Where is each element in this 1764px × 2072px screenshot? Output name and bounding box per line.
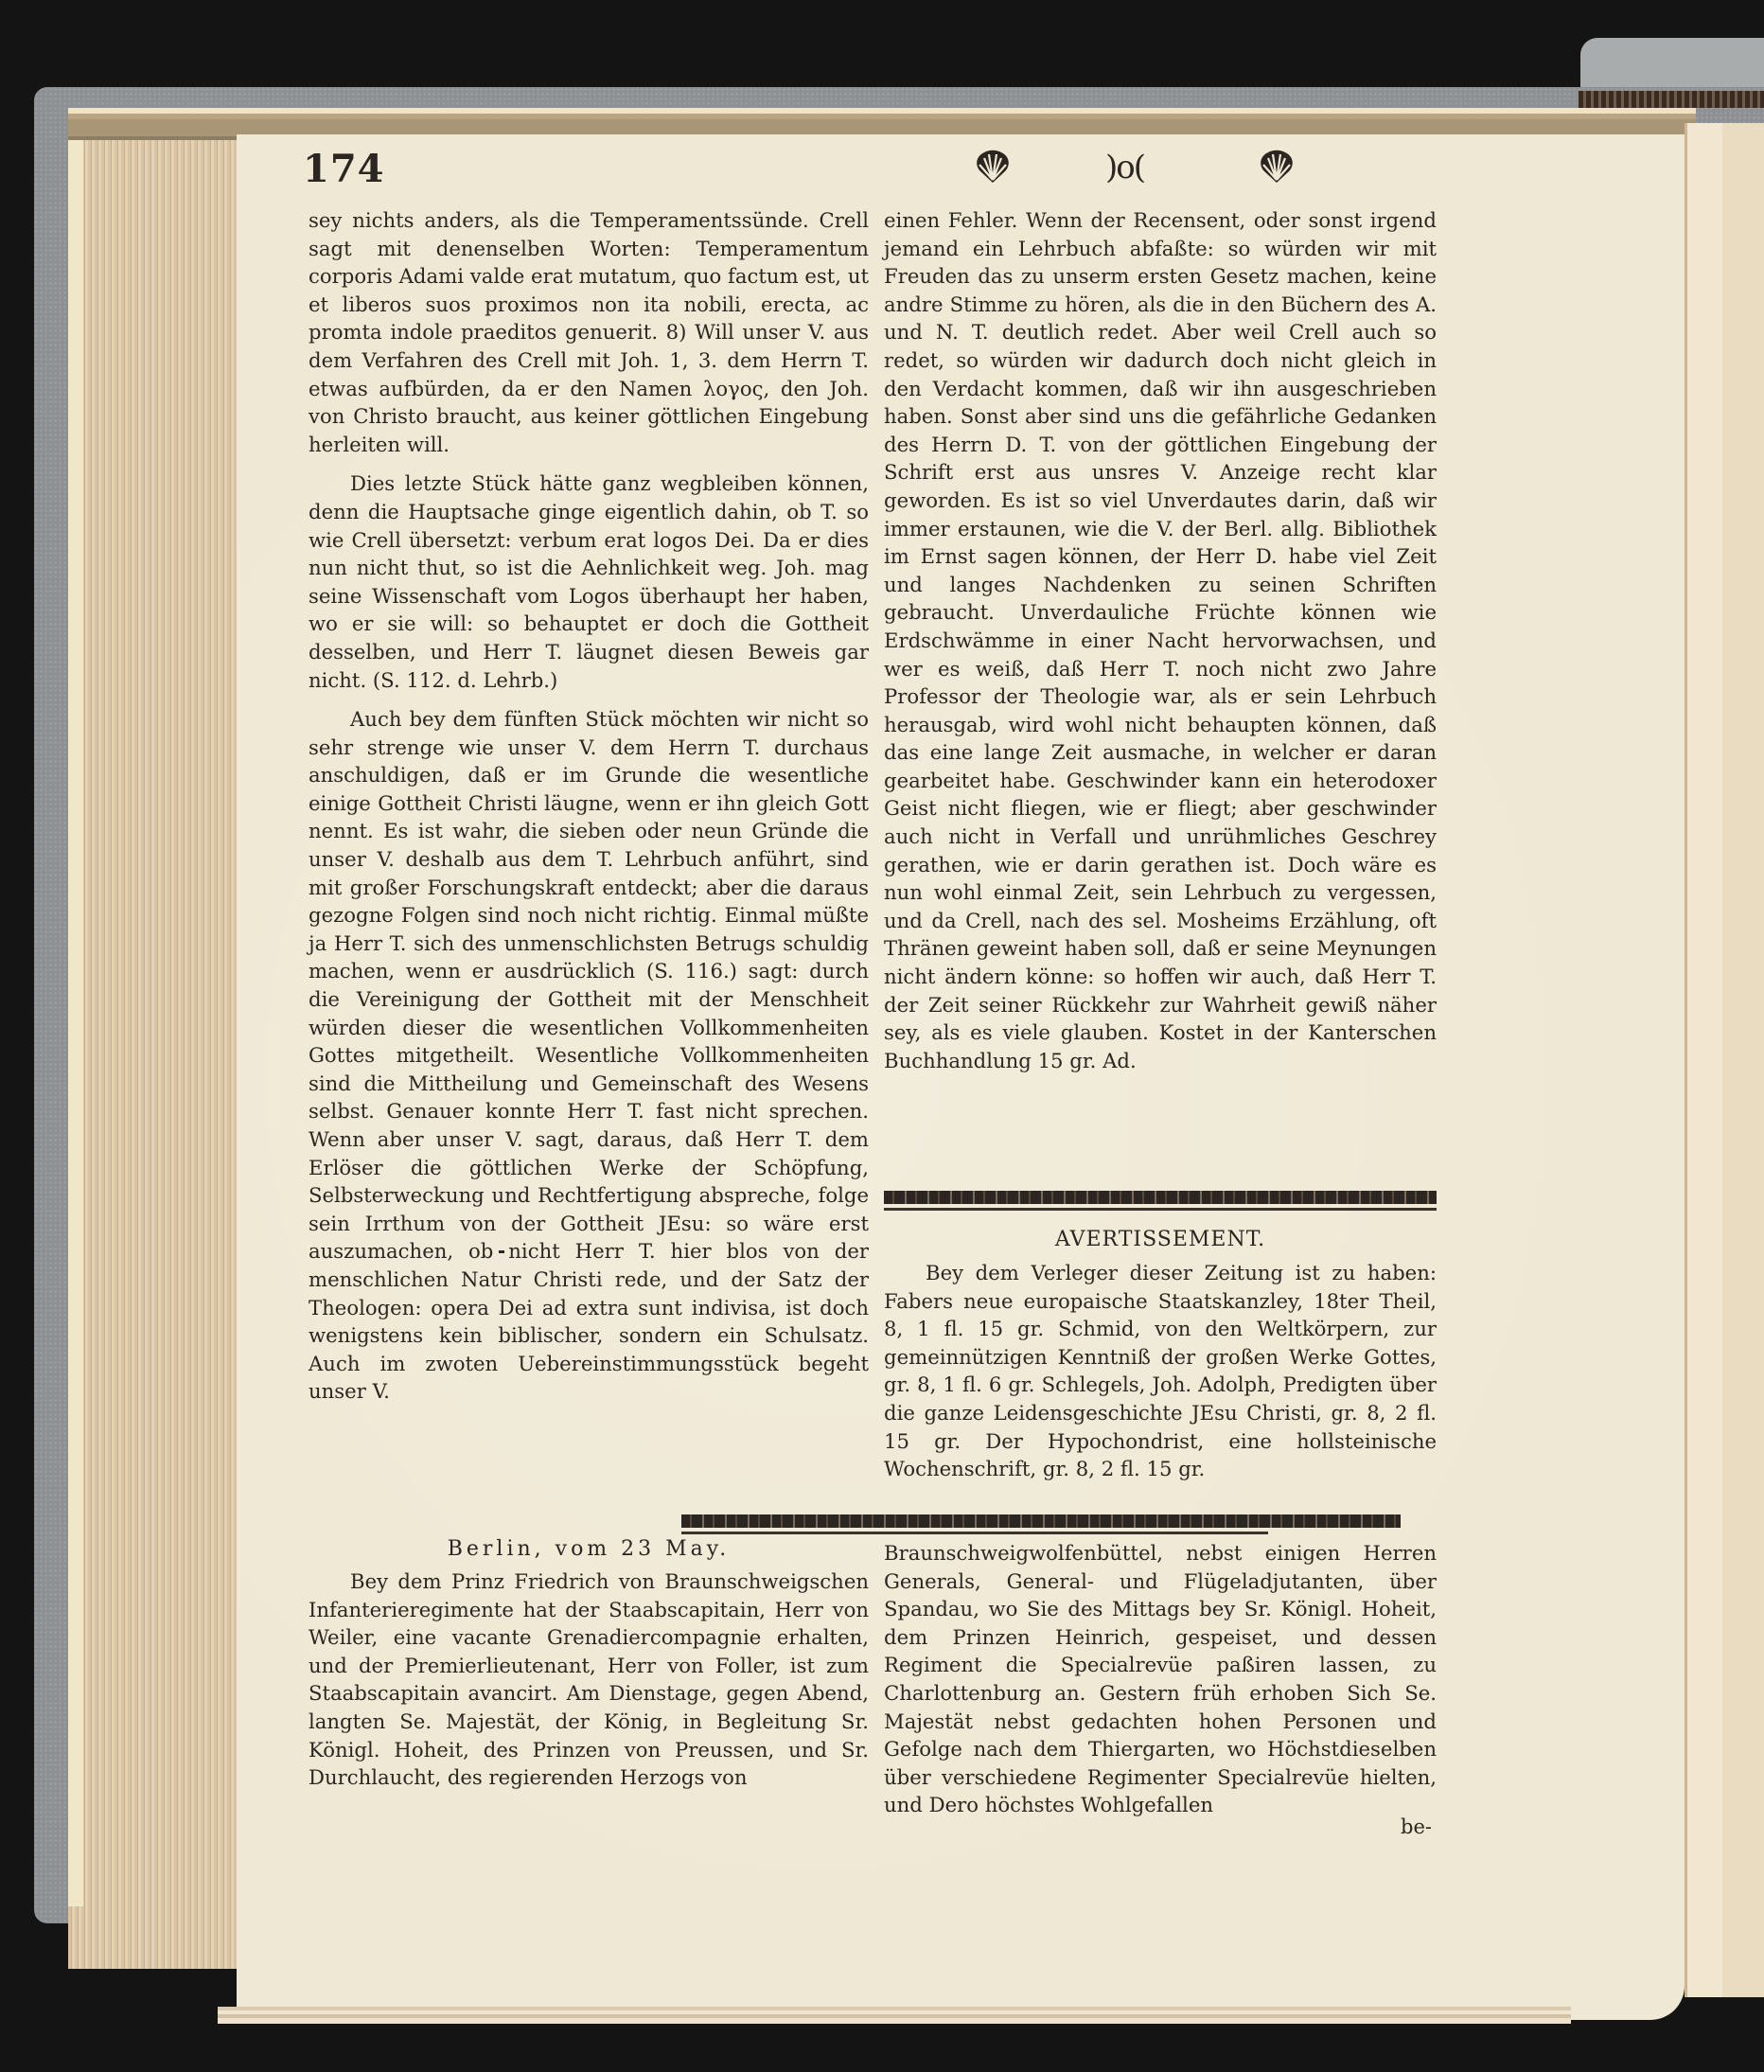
margin-mark (499, 1250, 504, 1253)
shell-ornament-icon (1257, 149, 1297, 185)
right-column: einen Fehler. Wenn der Recensent, oder s… (884, 206, 1437, 1074)
news-text: Bey dem Prinz Friedrich von Braunschweig… (309, 1567, 869, 1792)
paragraph: einen Fehler. Wenn der Recensent, oder s… (884, 206, 1437, 1074)
section-divider-thick (884, 1191, 1437, 1204)
shell-ornament-icon (973, 149, 1013, 185)
advertisement-text: Bey dem Verleger dieser Zeitung ist zu h… (884, 1259, 1437, 1483)
news-left-column: Bey dem Prinz Friedrich von Braunschweig… (309, 1567, 869, 1792)
page-number: 174 (303, 147, 385, 191)
news-divider-thin (681, 1532, 1268, 1534)
left-column: sey nichts anders, als die Temperamentss… (309, 206, 869, 1406)
running-head: 174 )o( (303, 147, 1675, 194)
page-content: 174 )o( sey nichts anders, als die Tempe… (0, 0, 1764, 2072)
news-divider-thick (681, 1514, 1401, 1528)
advertisement-column: Bey dem Verleger dieser Zeitung ist zu h… (884, 1259, 1437, 1483)
section-divider-thin (884, 1208, 1437, 1211)
news-dateline: Berlin, vom 23 May. (309, 1537, 869, 1561)
paragraph: sey nichts anders, als die Temperamentss… (309, 206, 869, 458)
paragraph: Auch bey dem fünften Stück möchten wir n… (309, 705, 869, 1406)
advertisement-title: AVERTISSEMENT. (884, 1228, 1437, 1251)
news-text: Braunschweigwolfenbüttel, nebst einigen … (884, 1539, 1437, 1819)
news-right-column: Braunschweigwolfenbüttel, nebst einigen … (884, 1539, 1437, 1819)
catchword: be- (1401, 1815, 1432, 1838)
running-head-mark: )o( (1105, 149, 1144, 186)
paragraph: Dies letzte Stück hätte ganz wegbleiben … (309, 469, 869, 694)
